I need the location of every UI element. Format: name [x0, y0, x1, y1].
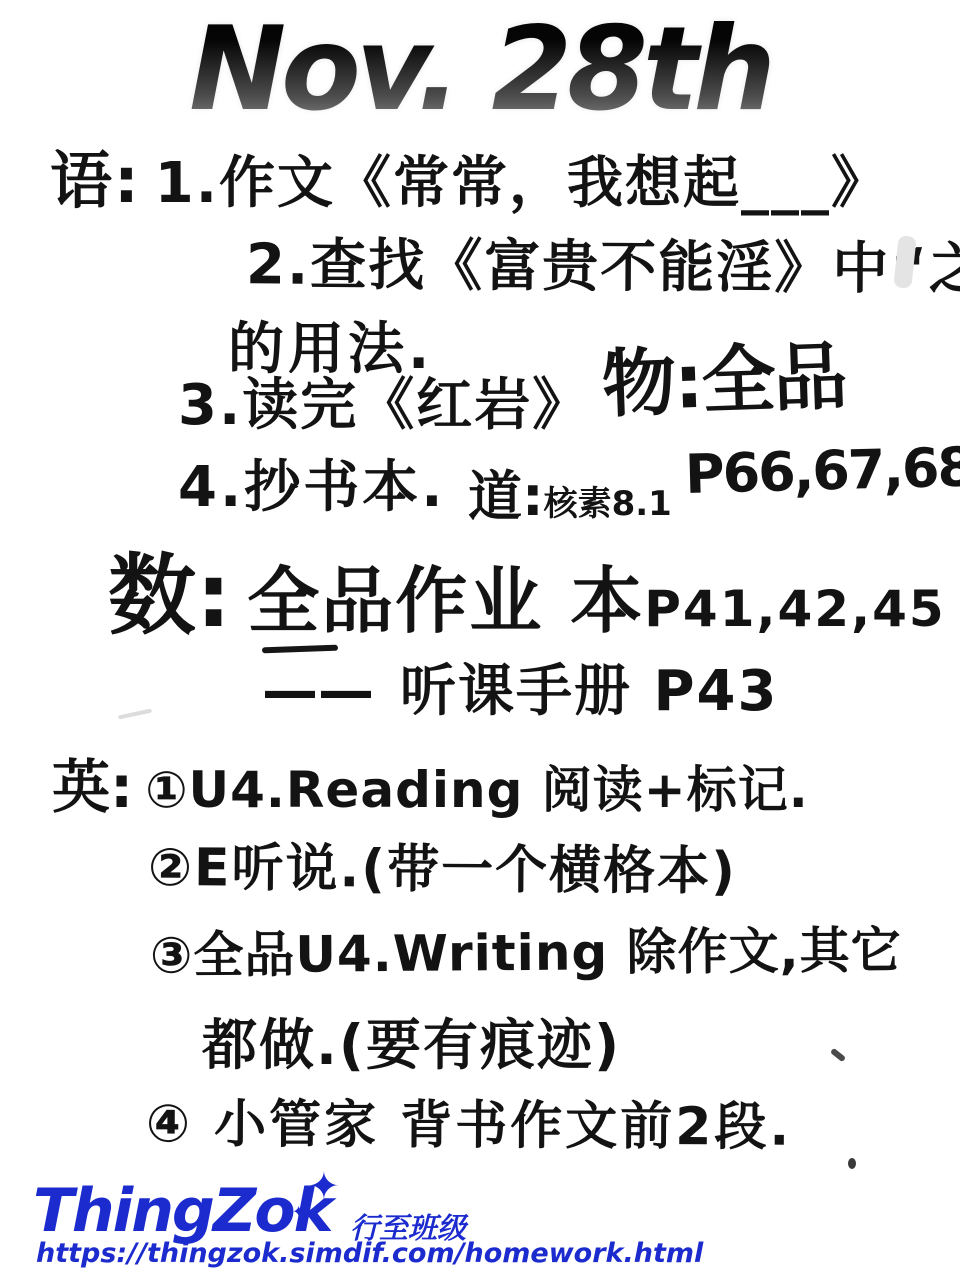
- subject-label-morality: 道:: [468, 465, 544, 528]
- chinese-line-1: 语:1.作文《常常，我想起___》: [50, 150, 889, 212]
- english-item-3-cont: 都做.(要有痕迹): [202, 1018, 621, 1073]
- morality-text: 核素8.1: [544, 484, 672, 524]
- math-text: 全品作业 本: [247, 559, 644, 643]
- homework-url[interactable]: https://thingzok.simdif.com/homework.htm…: [36, 1238, 703, 1269]
- math-line2-text: 听课手册 P43: [400, 659, 778, 724]
- english-line-1: 英:①U4.Reading 阅读+标记.: [52, 758, 809, 816]
- photo-artifact: [118, 709, 152, 720]
- homework-board: Nov. 28th 语:1.作文《常常，我想起___》 2.查找《富贵不能淫》中…: [0, 0, 960, 1278]
- brand-logo: ThingZok: [33, 1176, 332, 1246]
- physics-text: 全品: [700, 334, 847, 425]
- chinese-item-2: 2.查找《富贵不能淫》中“之”: [246, 237, 960, 298]
- subject-label-math: 数:: [108, 544, 231, 647]
- page-title: Nov. 28th: [0, 2, 960, 137]
- sparkle-icon: ✦: [292, 1202, 305, 1221]
- math-line-1: 数:全品作业 本P41,42,45: [108, 552, 946, 640]
- morality-pages: P66,67,68.: [684, 440, 960, 502]
- english-item-1: ①U4.Reading 阅读+标记.: [145, 761, 808, 819]
- sparkle-icon: ✦: [308, 1164, 340, 1208]
- chinese-item-4: 4.抄书本.: [178, 460, 446, 516]
- subject-label-chinese: 语:: [50, 144, 141, 217]
- chinese-item-1: 1.作文《常常，我想起___》: [155, 151, 889, 216]
- subject-label-english: 英:: [52, 753, 133, 821]
- chinese-item-3: 3.读完《红岩》: [178, 378, 590, 434]
- english-item-2: ②E听说.(带一个横格本): [148, 842, 737, 898]
- math-pages: P41,42,45: [644, 580, 945, 638]
- dash-mark: ——: [262, 659, 374, 724]
- english-item-4: ④ 小管家 背书作文前2段.: [146, 1098, 792, 1153]
- underline-stroke: [262, 645, 338, 654]
- subject-label-physics: 物:: [601, 339, 704, 428]
- math-line-2: ——听课手册 P43: [262, 664, 778, 720]
- chinese-item-2-cont: 的用法.: [228, 322, 433, 378]
- morality-note: 道:核素8.1: [468, 470, 672, 524]
- physics-note: 物:全品: [601, 340, 847, 422]
- photo-artifact: [830, 1048, 846, 1063]
- english-item-3: ③全品U4.Writing 除作文,其它: [150, 925, 902, 980]
- photo-artifact: [848, 1158, 856, 1169]
